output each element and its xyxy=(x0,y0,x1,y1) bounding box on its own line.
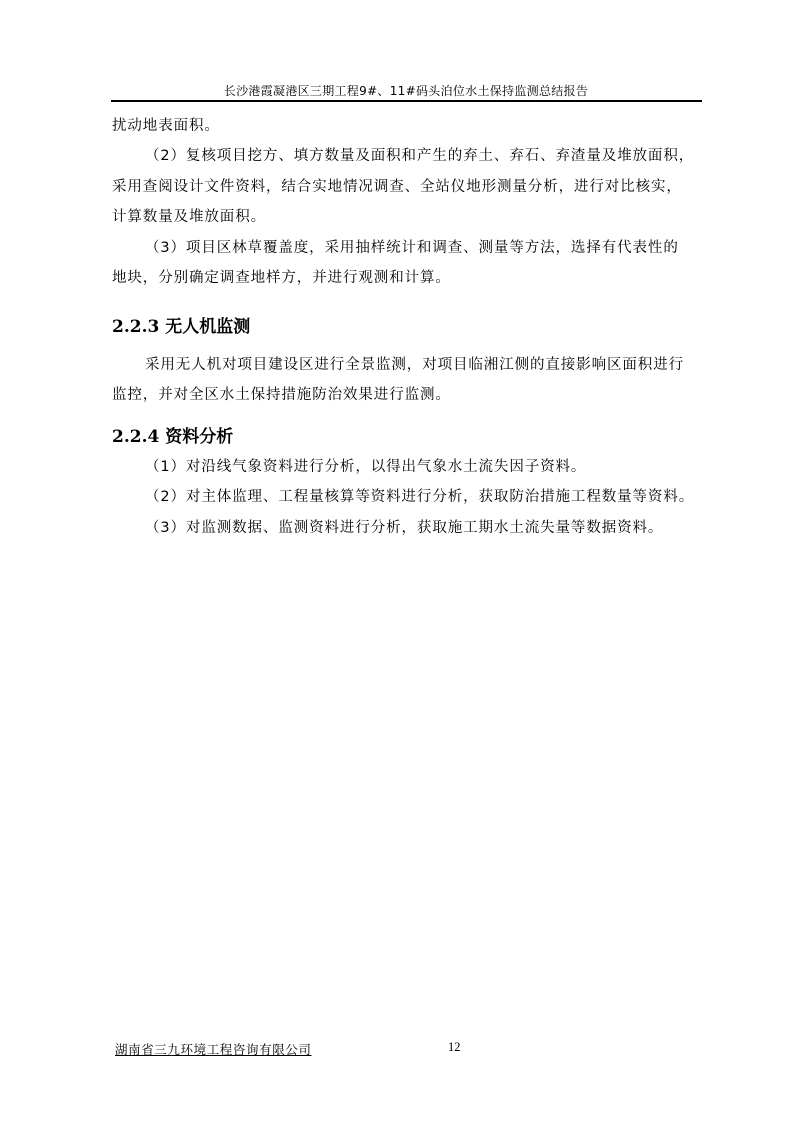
section-2-2-3-line1: 采用无人机对项目建设区进行全景监测，对项目临湘江侧的直接影响区面积进行 xyxy=(145,356,684,374)
paragraph-item2-line3: 计算数量及堆放面积。 xyxy=(112,208,266,226)
section-2-2-4-item2: （2）对主体监理、工程量核算等资料进行分析，获取防治措施工程数量等资料。 xyxy=(145,488,694,506)
section-heading-2-2-4: 2.2.4 资料分析 xyxy=(112,426,233,448)
paragraph-item3-line1: （3）项目区林草覆盖度，采用抽样统计和调查、测量等方法，选择有代表性的 xyxy=(145,239,679,257)
section-2-2-4-item3: （3）对监测数据、监测资料进行分析，获取施工期水土流失量等数据资料。 xyxy=(145,519,663,537)
page-number: 12 xyxy=(448,1040,461,1055)
section-2-2-4-item1: （1）对沿线气象资料进行分析，以得出气象水土流失因子资料。 xyxy=(145,458,586,476)
header-divider xyxy=(111,100,702,102)
section-2-2-3-line2: 监控，并对全区水土保持措施防治效果进行监测。 xyxy=(112,386,451,404)
paragraph-continuation: 扰动地表面积。 xyxy=(112,117,220,135)
section-heading-2-2-3: 2.2.3 无人机监测 xyxy=(112,316,250,338)
paragraph-item2-line2: 采用查阅设计文件资料，结合实地情况调查、全站仪地形测量分析，进行对比核实， xyxy=(112,178,682,196)
footer-company-name: 湖南省三九环境工程咨询有限公司 xyxy=(115,1040,312,1058)
document-title: 长沙港霞凝港区三期工程9#、11#码头泊位水土保持监测总结报告 xyxy=(110,84,702,98)
paragraph-item2-line1: （2）复核项目挖方、填方数量及面积和产生的弃土、弃石、弃渣量及堆放面积， xyxy=(145,147,694,165)
paragraph-item3-line2: 地块，分别确定调查地样方，并进行观测和计算。 xyxy=(112,269,451,287)
